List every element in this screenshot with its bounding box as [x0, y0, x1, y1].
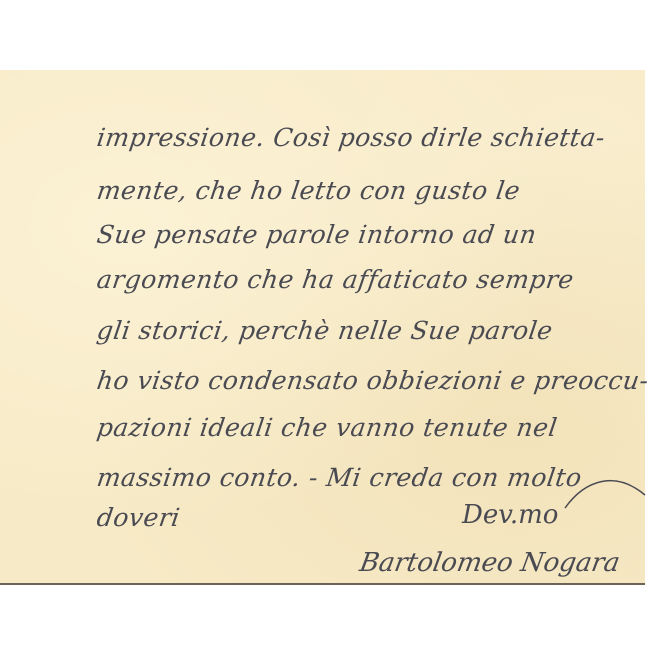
- letter-paper: impressione. Così posso dirle schietta- …: [0, 70, 645, 585]
- letter-line-5: gli storici, perchè nelle Sue parole: [95, 316, 555, 345]
- letter-line-9: doveri: [95, 503, 182, 532]
- letter-line-1: impressione. Così posso dirle schietta-: [95, 123, 607, 152]
- letter-line-6: ho visto condensato obbiezioni e preoccu…: [95, 366, 650, 395]
- letter-closing: Dev.mo: [462, 500, 558, 530]
- letter-signature: Bartolomeo Nogara: [357, 548, 622, 578]
- letter-line-2: mente, che ho letto con gusto le: [95, 176, 522, 205]
- letter-line-8: massimo conto. - Mi creda con molto: [95, 463, 584, 492]
- letter-line-7: pazioni ideali che vanno tenute nel: [95, 413, 559, 442]
- letter-line-4: argomento che ha affaticato sempre: [95, 265, 576, 294]
- letter-line-3: Sue pensate parole intorno ad un: [95, 220, 538, 249]
